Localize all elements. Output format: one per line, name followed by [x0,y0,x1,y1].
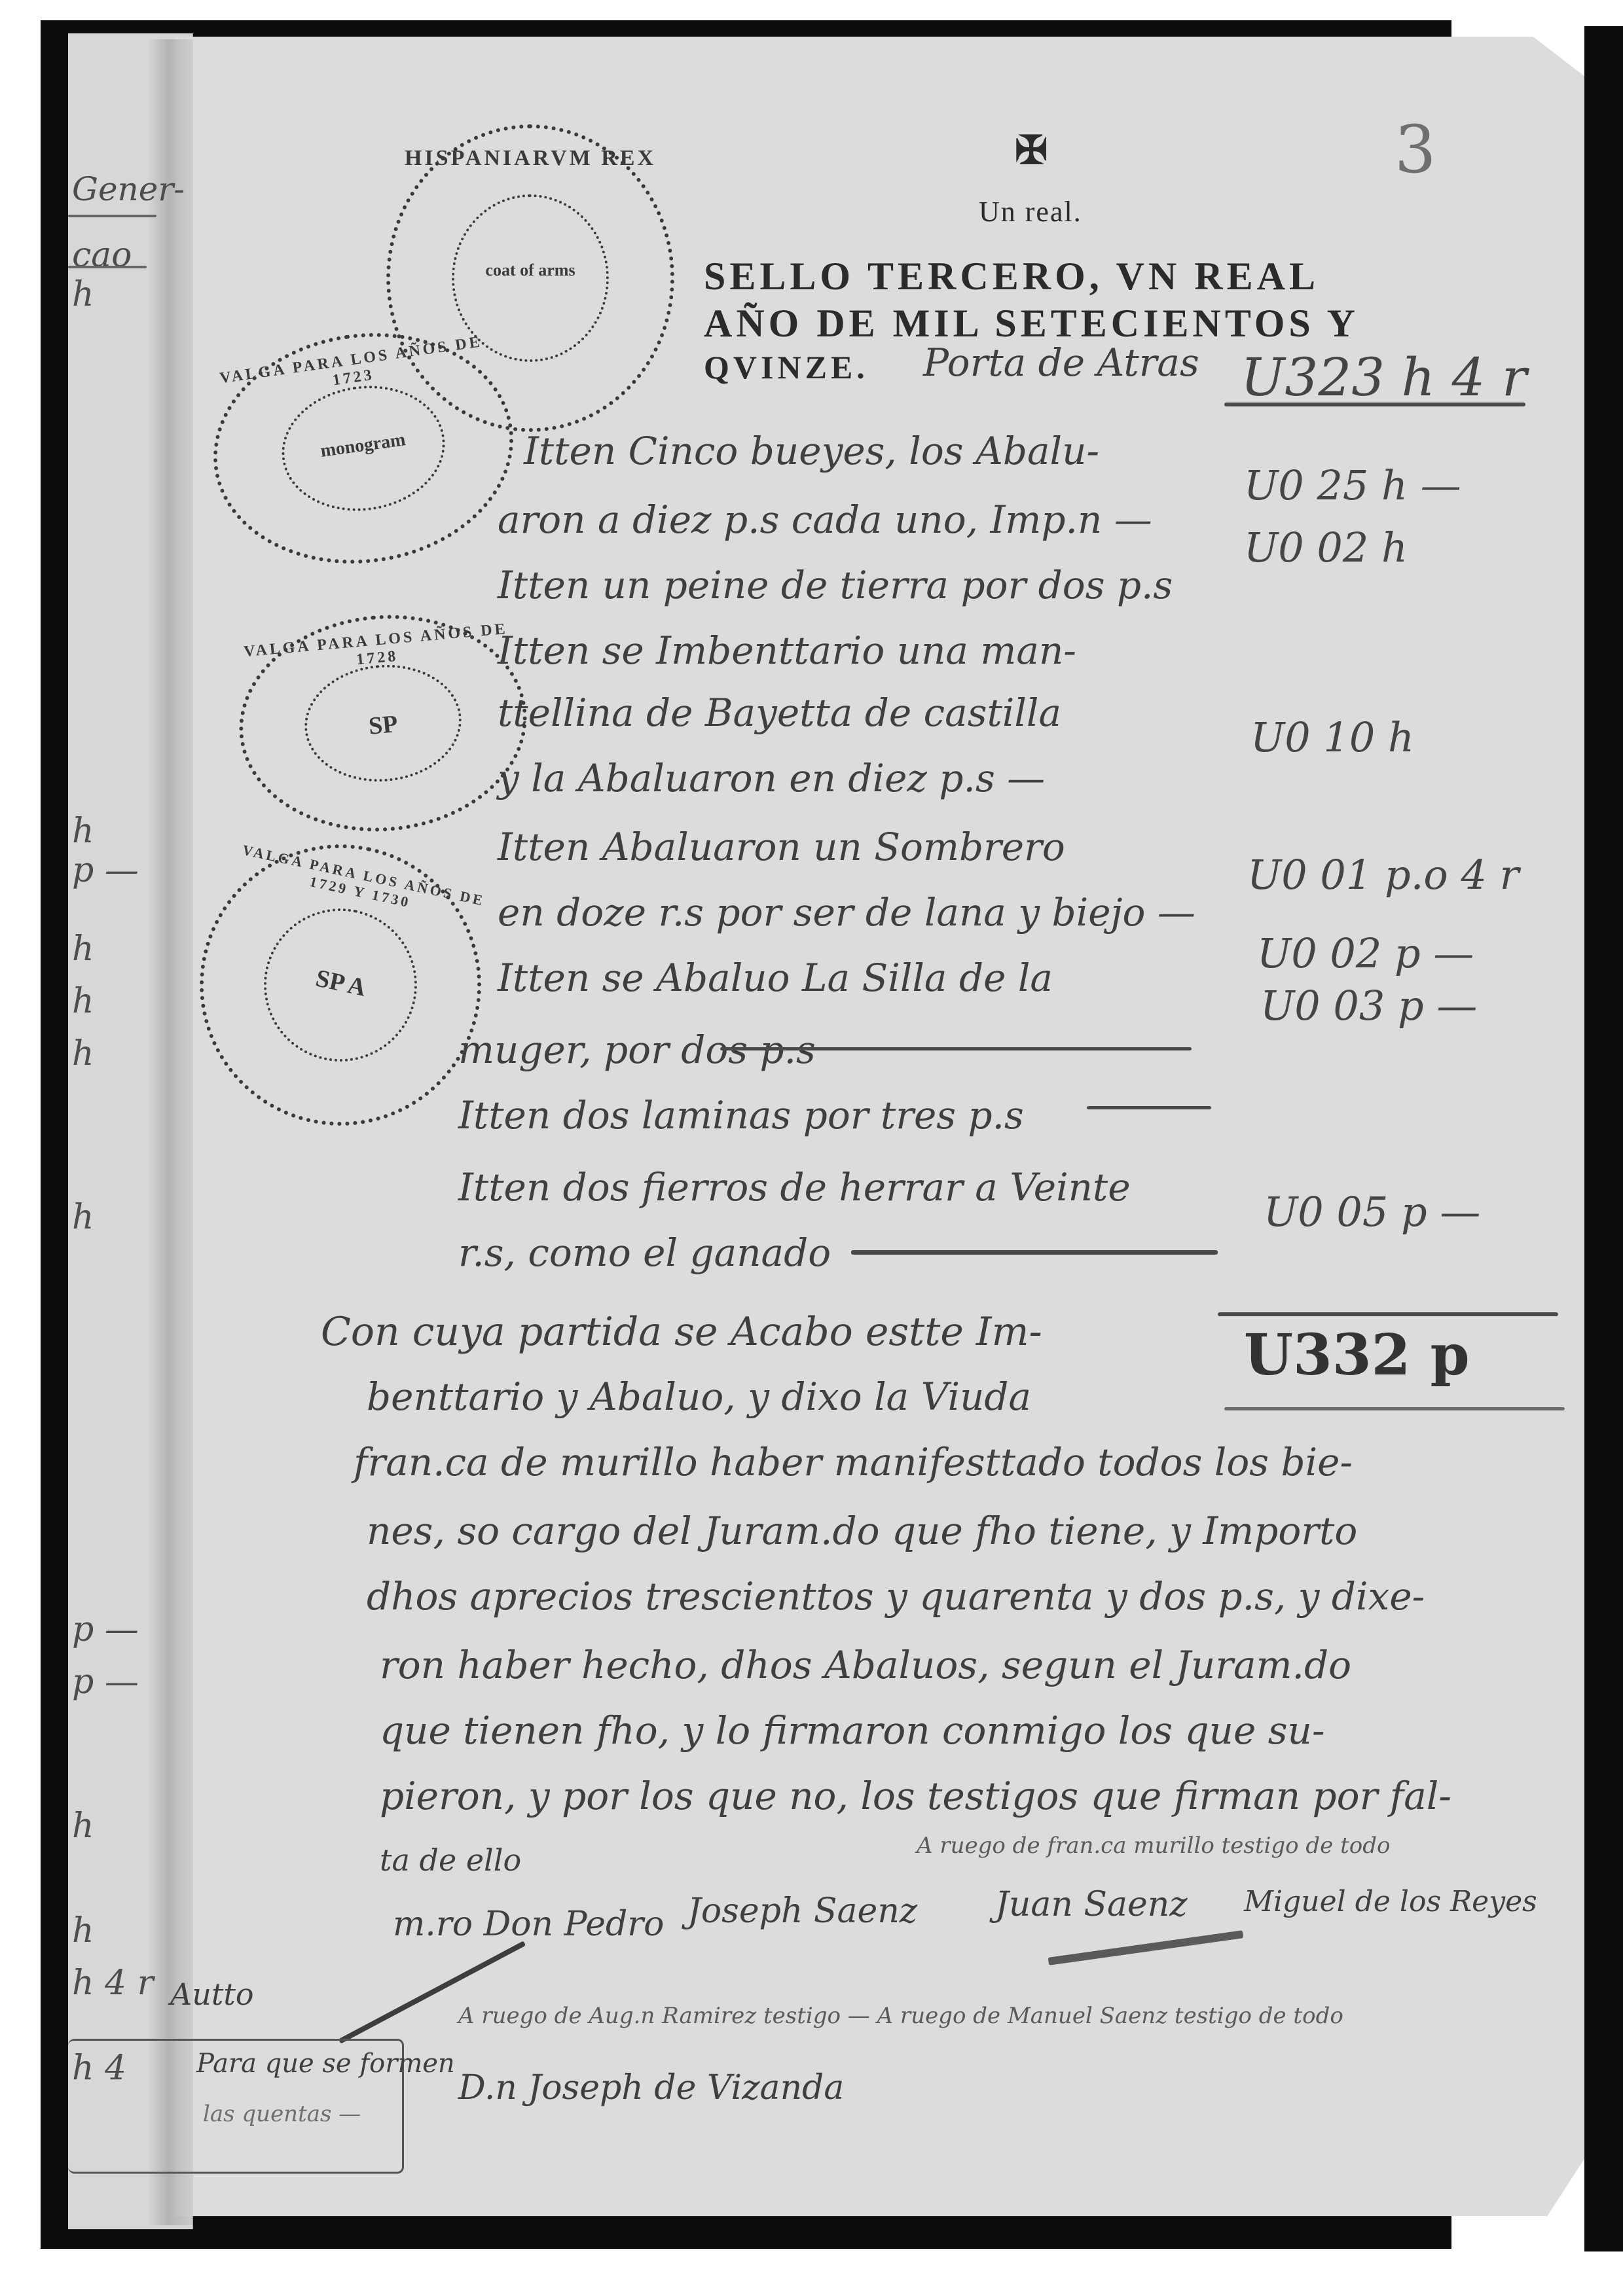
sello-line-1: SELLO TERCERO, VN REAL [704,254,1319,299]
closing-line: benttario y Abaluo, y dixo la Viuda [367,1374,1031,1419]
margin-mark: h [72,1806,94,1846]
signature: Miguel de los Reyes [1244,1885,1537,1918]
signature: m.ro Don Pedro [393,1905,664,1944]
inventory-line: aron a diez p.s cada uno, Imp.n — [498,497,1152,542]
margin-rule [68,266,147,268]
cross-icon: ✠ [1015,128,1048,173]
inventory-amount: U0 03 p — [1260,982,1477,1030]
inventory-line: ttellina de Bayetta de castilla [498,691,1061,735]
inventory-amount: U0 05 p — [1264,1188,1480,1236]
total-amount: U332 p [1244,1322,1470,1388]
folio-number: 3 [1395,111,1436,188]
inventory-amount: U0 25 h — [1244,461,1461,509]
margin-mark: h [72,1198,94,1237]
signature: D.n Joseph de Vizanda [458,2068,844,2108]
header-rule [1224,403,1525,406]
binding-fold-shadow [147,39,193,2225]
closing-line: fran.ca de murillo haber manifesttado to… [354,1440,1353,1484]
carried-forward-amount: U323 h 4 r [1241,347,1527,408]
total-bottom-rule [1224,1407,1565,1410]
inventory-line: r.s, como el ganado [458,1230,831,1275]
inventory-line: Itten Cinco bueyes, los Abalu- [524,429,1099,473]
inventory-line: Itten se Abaluo La Silla de la [498,956,1053,1000]
margin-mark: h 4 r [72,1964,154,2003]
signature: Juan Saenz [995,1885,1188,1924]
inventory-line: Itten un peine de tierra por dos p.s [498,563,1173,607]
line-filler-rule [720,1047,1192,1050]
closing-line: Con cuya partida se Acabo estte Im- [321,1309,1042,1355]
closing-line: dhos aprecios trescienttos y quarenta y … [367,1574,1425,1619]
carried-forward-label: Porta de Atras [923,340,1199,385]
seal-ring-text: HISPANIARVM REX [390,146,670,171]
total-top-rule [1218,1312,1558,1316]
inventory-amount: U0 02 h [1244,524,1408,571]
margin-mark: h [72,982,94,1021]
margin-mark: h [72,1034,94,1073]
margin-mark: h [72,1911,94,1950]
inventory-line: y la Abaluaron en diez p.s — [498,756,1045,800]
closing-line: ron haber hecho, dhos Abaluos, segun el … [380,1643,1351,1687]
margin-mark: p — [72,1662,139,1702]
inventory-line: Itten dos laminas por tres p.s [458,1093,1024,1138]
closing-line: que tienen fho, y lo firmaron conmigo lo… [380,1708,1324,1753]
margin-mark: p — [72,851,139,890]
margin-mark: Gener- [72,170,185,208]
auto-label: Autto [170,1977,254,2012]
inventory-line: Itten dos fierros de herrar a Veinte [458,1165,1131,1210]
inventory-amount: U0 10 h [1250,713,1414,761]
inventory-amount: U0 01 p.o 4 r [1247,851,1519,899]
margin-mark: h [72,929,94,969]
inventory-line: Itten Abaluaron un Sombrero [498,825,1065,869]
line-filler-rule [1087,1106,1211,1109]
boxed-note-line: Para que se formen [196,2049,455,2079]
closing-line: pieron, y por los que no, los testigos q… [380,1774,1451,1818]
coat-of-arms-icon: coat of arms [390,260,670,280]
margin-mark: h [72,275,94,314]
margin-mark: cao [72,236,132,275]
scan-right-border [1584,26,1623,2251]
stamp-value-label: Un real. [979,195,1082,228]
margin-mark: h [72,812,94,851]
proxy-note: A ruego de Aug.n Ramirez testigo — A rue… [458,2003,1343,2029]
margin-rule [68,215,156,217]
margin-mark: p — [72,1610,139,1649]
line-filler-rule [851,1250,1218,1255]
sello-line-3: QVINZE. [704,348,869,386]
closing-line: nes, so cargo del Juram.do que fho tiene… [367,1509,1357,1553]
closing-line: ta de ello [380,1842,521,1878]
boxed-note-line: las quentas — [203,2101,361,2127]
proxy-note: A ruego de fran.ca murillo testigo de to… [917,1833,1390,1859]
signature: Joseph Saenz [687,1892,917,1931]
sello-line-2: AÑO DE MIL SETECIENTOS Y [704,301,1359,346]
inventory-line: en doze r.s por ser de lana y biejo — [498,890,1195,935]
inventory-line: Itten se Imbenttario una man- [498,628,1076,673]
inventory-amount: U0 02 p — [1257,929,1474,977]
